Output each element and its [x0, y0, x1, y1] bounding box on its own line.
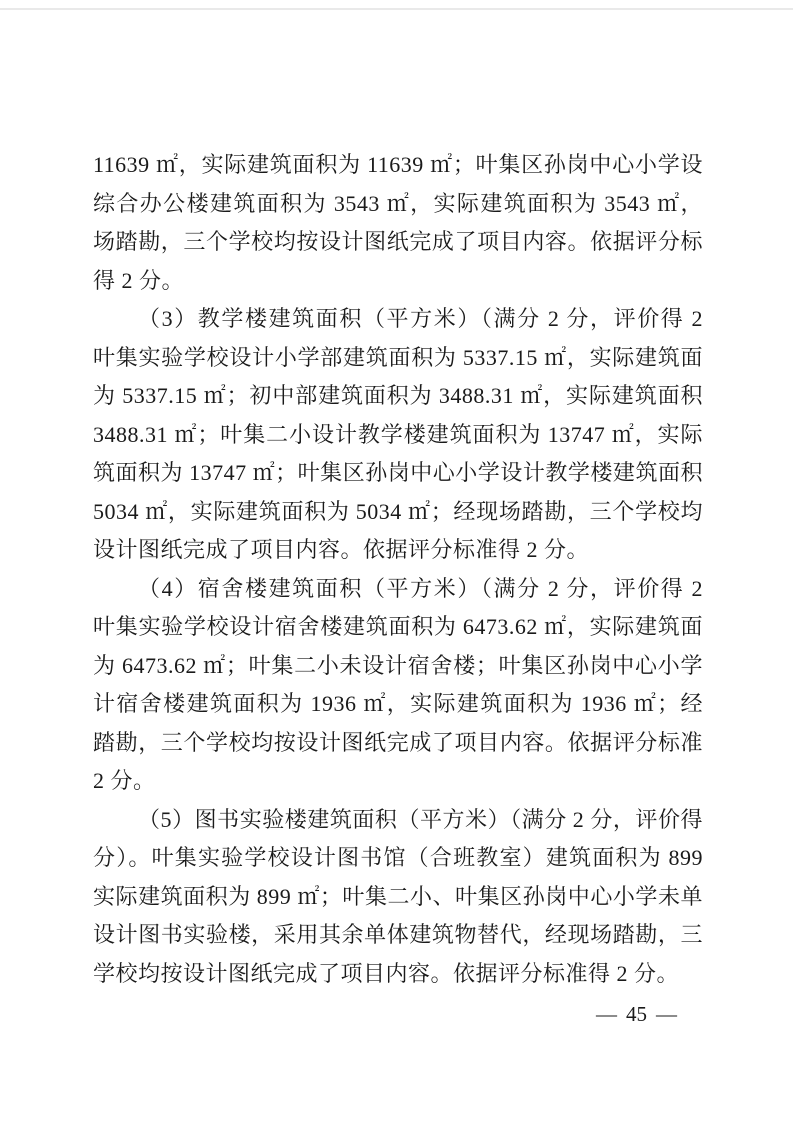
page-footer: — 45 — [596, 1002, 677, 1027]
paragraph-library-lab-building: （5）图书实验楼建筑面积（平方米）（满分 2 分，评价得 2 分）。叶集实验学校… [93, 801, 703, 994]
text-line: 为 6473.62 ㎡；叶集二小未设计宿舍楼；叶集区孙岗中心小学设 [93, 647, 703, 686]
text-line: 场踏勘，三个学校均按设计图纸完成了项目内容。依据评分标准 [93, 223, 703, 262]
text-line: 设计图书实验楼，采用其余单体建筑物替代，经现场踏勘，三个 [93, 916, 703, 955]
text-line: 实际建筑面积为 899 ㎡；叶集二小、叶集区孙岗中心小学未单独 [93, 878, 703, 917]
page-number: 45 [626, 1002, 647, 1027]
footer-dash-left: — [596, 1002, 617, 1027]
paragraph-teaching-building: （3）教学楼建筑面积（平方米）（满分 2 分，评价得 2 分）。 叶集实验学校设… [93, 300, 703, 570]
text-line: （5）图书实验楼建筑面积（平方米）（满分 2 分，评价得 2 [93, 801, 703, 840]
text-line: 筑面积为 13747 ㎡；叶集区孙岗中心小学设计教学楼建筑面积为 [93, 454, 703, 493]
text-line: 学校均按设计图纸完成了项目内容。依据评分标准得 2 分。 [93, 955, 703, 994]
text-line: 5034 ㎡，实际建筑面积为 5034 ㎡；经现场踏勘，三个学校均按 [93, 493, 703, 532]
text-line: 设计图纸完成了项目内容。依据评分标准得 2 分。 [93, 531, 703, 570]
text-line: 11639 ㎡，实际建筑面积为 11639 ㎡；叶集区孙岗中心小学设计 [93, 146, 703, 185]
text-line: 得 2 分。 [93, 262, 703, 301]
paragraph-office-building-continuation: 11639 ㎡，实际建筑面积为 11639 ㎡；叶集区孙岗中心小学设计 综合办公… [93, 146, 703, 300]
scan-artifact-line [0, 8, 793, 10]
text-line: 叶集实验学校设计小学部建筑面积为 5337.15 ㎡，实际建筑面积 [93, 339, 703, 378]
text-line: 分）。叶集实验学校设计图书馆（合班教室）建筑面积为 899 ㎡， [93, 839, 703, 878]
text-line: 计宿舍楼建筑面积为 1936 ㎡，实际建筑面积为 1936 ㎡；经现场 [93, 685, 703, 724]
text-line: 综合办公楼建筑面积为 3543 ㎡，实际建筑面积为 3543 ㎡，经现 [93, 185, 703, 224]
document-body: 11639 ㎡，实际建筑面积为 11639 ㎡；叶集区孙岗中心小学设计 综合办公… [93, 146, 703, 993]
text-line: 3488.31 ㎡；叶集二小设计教学楼建筑面积为 13747 ㎡，实际建 [93, 416, 703, 455]
document-page: 11639 ㎡，实际建筑面积为 11639 ㎡；叶集区孙岗中心小学设计 综合办公… [0, 0, 793, 1122]
text-line: （4）宿舍楼建筑面积（平方米）（满分 2 分，评价得 2 分）。 [93, 570, 703, 609]
footer-dash-right: — [656, 1002, 677, 1027]
text-line: 叶集实验学校设计宿舍楼建筑面积为 6473.62 ㎡，实际建筑面积 [93, 608, 703, 647]
text-line: （3）教学楼建筑面积（平方米）（满分 2 分，评价得 2 分）。 [93, 300, 703, 339]
text-line: 为 5337.15 ㎡；初中部建筑面积为 3488.31 ㎡，实际建筑面积为 [93, 377, 703, 416]
paragraph-dormitory-building: （4）宿舍楼建筑面积（平方米）（满分 2 分，评价得 2 分）。 叶集实验学校设… [93, 570, 703, 801]
text-line: 2 分。 [93, 762, 703, 801]
text-line: 踏勘，三个学校均按设计图纸完成了项目内容。依据评分标准得 [93, 724, 703, 763]
